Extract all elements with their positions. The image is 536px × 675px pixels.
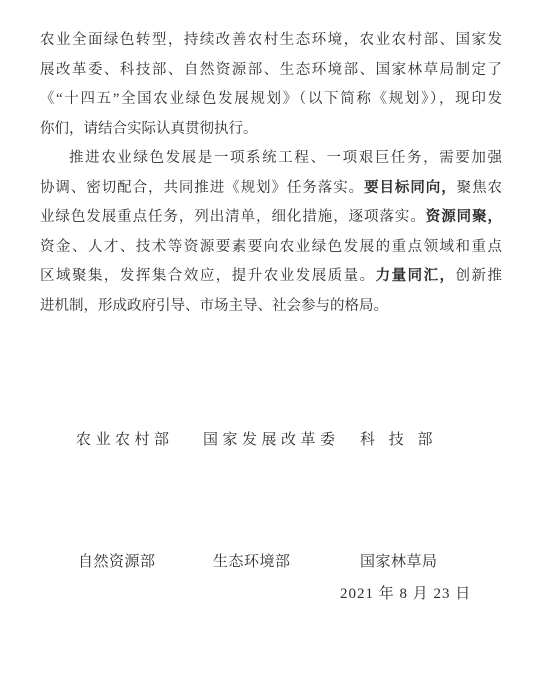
- text-line-7: 业绿色发展重点任务，列出清单，细化措施，逐项落实。资源同聚，: [40, 203, 502, 233]
- issue-date: 2021 年 8 月 23 日: [340, 587, 471, 602]
- text-line-10: 进机制，形成政府引导、市场主导、社会参与的格局。: [40, 292, 502, 322]
- signature-agency-mnr: 自然资源部: [78, 555, 156, 570]
- signature-agency-ndrc: 国家发展改革委: [203, 433, 340, 448]
- text-line-3: 《“十四五”全国农业绿色发展规划》（以下简称《规划》），现印发: [40, 85, 502, 115]
- text-line-1: 农业全面绿色转型，持续改善农村生态环境，农业农村部、国家发: [40, 26, 502, 56]
- text-segment: 创新推: [456, 268, 502, 284]
- signature-agency-moa: 农业农村部: [76, 433, 174, 448]
- text-line-4: 你们，请结合实际认真贯彻执行。: [40, 115, 502, 145]
- text-line-2: 展改革委、科技部、自然资源部、生态环境部、国家林草局制定了: [40, 56, 502, 86]
- document-page: 农业全面绿色转型，持续改善农村生态环境，农业农村部、国家发展改革委、科技部、自然…: [0, 0, 536, 675]
- text-segment: 区域聚集，发挥集合效应，提升农业发展质量。: [40, 268, 376, 284]
- text-line-5: 推进农业绿色发展是一项系统工程、一项艰巨任务，需要加强: [40, 144, 502, 174]
- signature-agency-most: 科 技 部: [360, 433, 433, 448]
- text-line-8: 资金、人才、技术等资源要素要向农业绿色发展的重点领域和重点: [40, 233, 502, 263]
- emphasized-text-segment: 要目标同向，: [364, 180, 457, 196]
- text-segment: 展改革委、科技部、自然资源部、生态环境部、国家林草局制定了: [40, 62, 502, 78]
- text-segment: 协调、密切配合，共同推进《规划》任务落实。: [40, 180, 364, 196]
- emphasized-text-segment: 资源同聚，: [426, 209, 502, 225]
- text-segment: 聚焦农: [457, 180, 502, 196]
- signature-agency-nfga: 国家林草局: [360, 555, 438, 570]
- text-segment: 业绿色发展重点任务，列出清单，细化措施，逐项落实。: [40, 209, 426, 225]
- body-text: 农业全面绿色转型，持续改善农村生态环境，农业农村部、国家发展改革委、科技部、自然…: [40, 26, 502, 321]
- text-segment: 《“十四五”全国农业绿色发展规划》（以下简称《规划》），现印发: [40, 91, 502, 107]
- text-line-6: 协调、密切配合，共同推进《规划》任务落实。要目标同向，聚焦农: [40, 174, 502, 204]
- text-line-9: 区域聚集，发挥集合效应，提升农业发展质量。力量同汇，创新推: [40, 262, 502, 292]
- text-segment: 推进农业绿色发展是一项系统工程、一项艰巨任务，需要加强: [69, 150, 502, 166]
- text-segment: 农业全面绿色转型，持续改善农村生态环境，农业农村部、国家发: [40, 32, 502, 48]
- signature-agency-mee: 生态环境部: [213, 555, 291, 570]
- emphasized-text-segment: 力量同汇，: [376, 268, 456, 284]
- text-segment: 进机制，形成政府引导、市场主导、社会参与的格局。: [40, 298, 388, 314]
- text-segment: 资金、人才、技术等资源要素要向农业绿色发展的重点领域和重点: [40, 239, 502, 255]
- text-segment: 你们，请结合实际认真贯彻执行。: [40, 121, 258, 137]
